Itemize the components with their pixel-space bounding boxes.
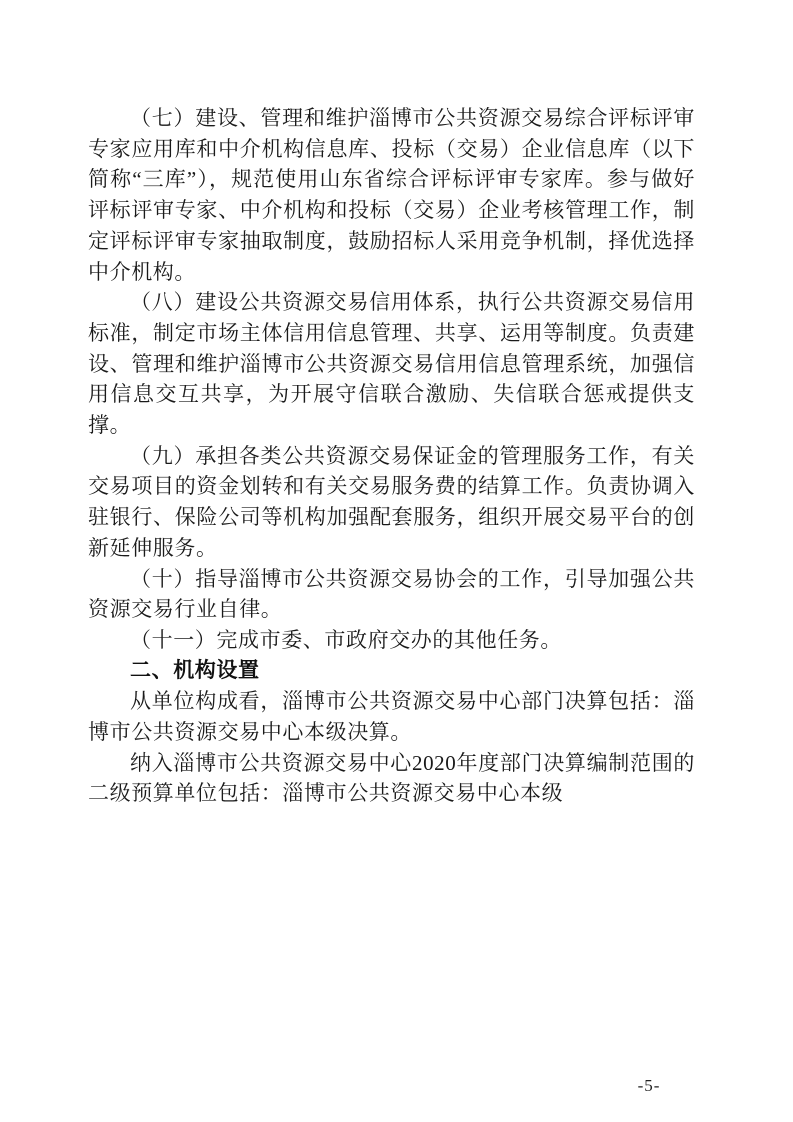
document-page: （七）建设、管理和维护淄博市公共资源交易综合评标评审专家应用库和中介机构信息库、…	[0, 0, 793, 1122]
page-number: -5-	[628, 1076, 670, 1096]
paragraph-duty-7: （七）建设、管理和维护淄博市公共资源交易综合评标评审专家应用库和中介机构信息库、…	[88, 103, 695, 287]
paragraph-org-composition: 从单位构成看，淄博市公共资源交易中心部门决算包括：淄博市公共资源交易中心本级决算…	[88, 686, 695, 747]
section-heading-organization: 二、机构设置	[88, 656, 695, 687]
document-body: （七）建设、管理和维护淄博市公共资源交易综合评标评审专家应用库和中介机构信息库、…	[88, 103, 695, 809]
paragraph-duty-11: （十一）完成市委、市政府交办的其他任务。	[88, 625, 695, 656]
paragraph-duty-10: （十）指导淄博市公共资源交易协会的工作，引导加强公共资源交易行业自律。	[88, 564, 695, 625]
paragraph-duty-8: （八）建设公共资源交易信用体系，执行公共资源交易信用标准，制定市场主体信用信息管…	[88, 287, 695, 441]
paragraph-org-budget-units: 纳入淄博市公共资源交易中心2020年度部门决算编制范围的二级预算单位包括：淄博市…	[88, 748, 695, 809]
paragraph-duty-9: （九）承担各类公共资源交易保证金的管理服务工作，有关交易项目的资金划转和有关交易…	[88, 441, 695, 564]
